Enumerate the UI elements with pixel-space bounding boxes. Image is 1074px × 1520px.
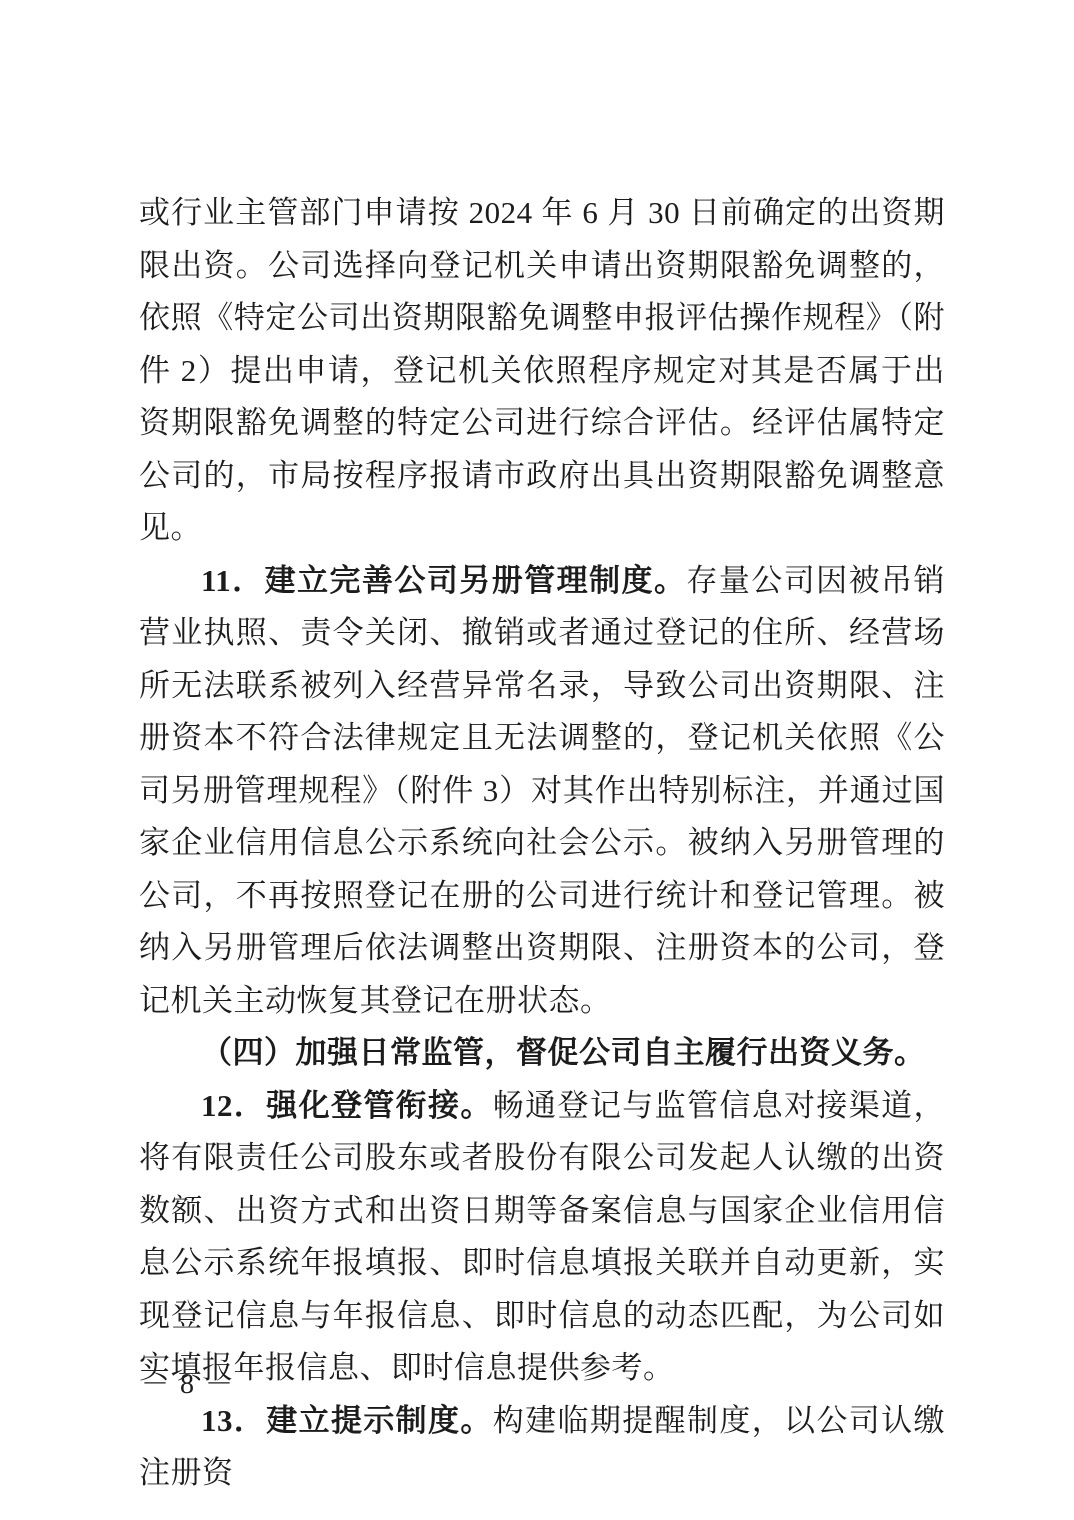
paragraph-text: 畅通登记与监管信息对接渠道，将有限责任公司股东或者股份有限公司发起人认缴的出资数… bbox=[139, 1088, 945, 1386]
paragraph-text: 或行业主管部门申请按 2024 年 6 月 30 日前确定的出资期限出资。公司选… bbox=[139, 195, 945, 545]
paragraph-text: 存量公司因被吊销营业执照、责令关闭、撤销或者通过登记的住所、经营场所无法联系被列… bbox=[139, 563, 945, 1018]
paragraph: 13．建立提示制度。构建临期提醒制度，以公司认缴注册资 bbox=[139, 1395, 945, 1500]
paragraph: 或行业主管部门申请按 2024 年 6 月 30 日前确定的出资期限出资。公司选… bbox=[139, 187, 945, 555]
document-page: 或行业主管部门申请按 2024 年 6 月 30 日前确定的出资期限出资。公司选… bbox=[0, 0, 1074, 1520]
paragraph-lead: 12．强化登管衔接。 bbox=[201, 1088, 493, 1123]
document-body: 或行业主管部门申请按 2024 年 6 月 30 日前确定的出资期限出资。公司选… bbox=[139, 187, 945, 1500]
paragraph-lead: 13．建立提示制度。 bbox=[201, 1403, 493, 1438]
paragraph-lead: 11．建立完善公司另册管理制度。 bbox=[201, 563, 686, 598]
paragraph: 11．建立完善公司另册管理制度。存量公司因被吊销营业执照、责令关闭、撤销或者通过… bbox=[139, 555, 945, 1028]
section-heading: （四）加强日常监管，督促公司自主履行出资义务。 bbox=[139, 1027, 945, 1080]
section-heading-text: （四）加强日常监管，督促公司自主履行出资义务。 bbox=[201, 1035, 926, 1070]
paragraph: 12．强化登管衔接。畅通登记与监管信息对接渠道，将有限责任公司股东或者股份有限公… bbox=[139, 1080, 945, 1395]
page-number: － 8 － bbox=[141, 1362, 235, 1402]
